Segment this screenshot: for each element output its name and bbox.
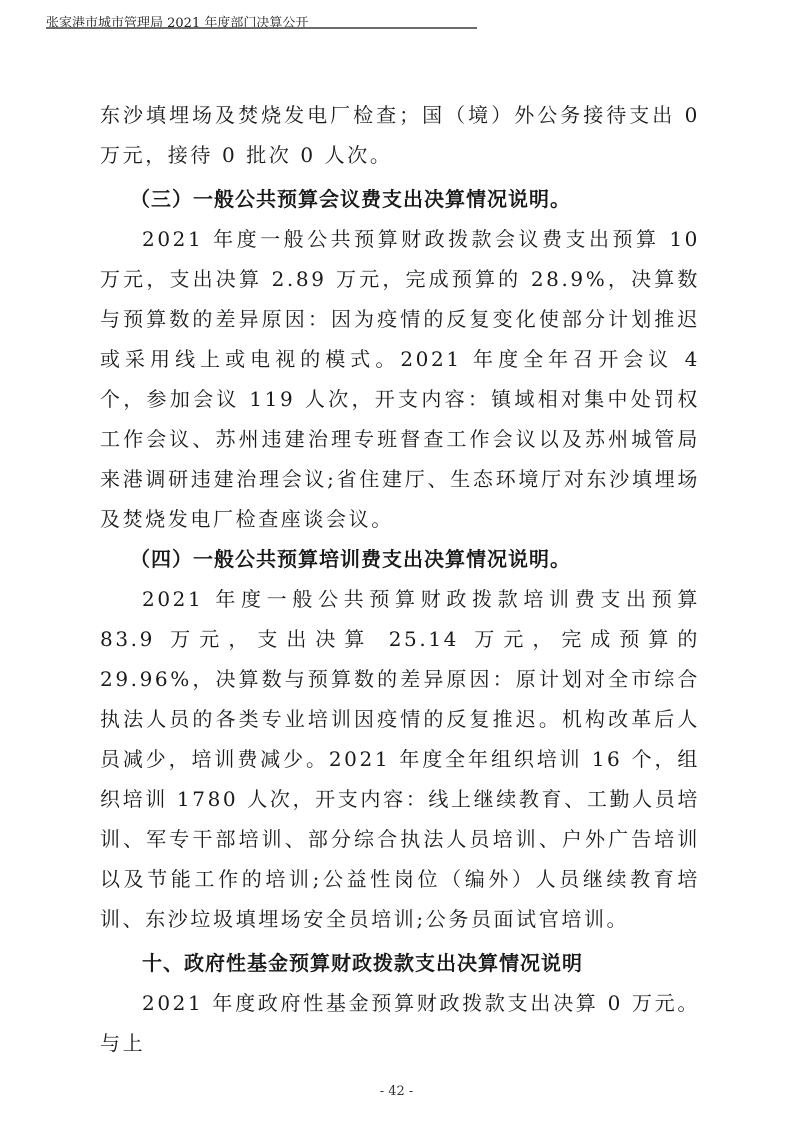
continuation-paragraph: 东沙填埋场及焚烧发电厂检查；国（境）外公务接待支出 0 万元，接待 0 批次 0… (100, 95, 700, 175)
document-body: 东沙填埋场及焚烧发电厂检查；国（境）外公务接待支出 0 万元，接待 0 批次 0… (100, 95, 700, 1063)
paragraph-government-fund: 2021 年度政府性基金预算财政拨款支出决算 0 万元。与上 (100, 983, 700, 1063)
page-number: - 42 - (0, 1084, 793, 1099)
header-divider (46, 27, 477, 29)
section-heading-government-fund: 十、政府性基金预算财政拨款支出决算情况说明 (100, 943, 700, 983)
section-heading-meeting-fees: （三）一般公共预算会议费支出决算情况说明。 (100, 179, 700, 219)
paragraph-training-fees: 2021 年度一般公共预算财政拨款培训费支出预算 83.9 万元，支出决算 25… (100, 579, 700, 939)
paragraph-meeting-fees: 2021 年度一般公共预算财政拨款会议费支出预算 10 万元，支出决算 2.89… (100, 219, 700, 539)
section-heading-training-fees: （四）一般公共预算培训费支出决算情况说明。 (100, 539, 700, 579)
